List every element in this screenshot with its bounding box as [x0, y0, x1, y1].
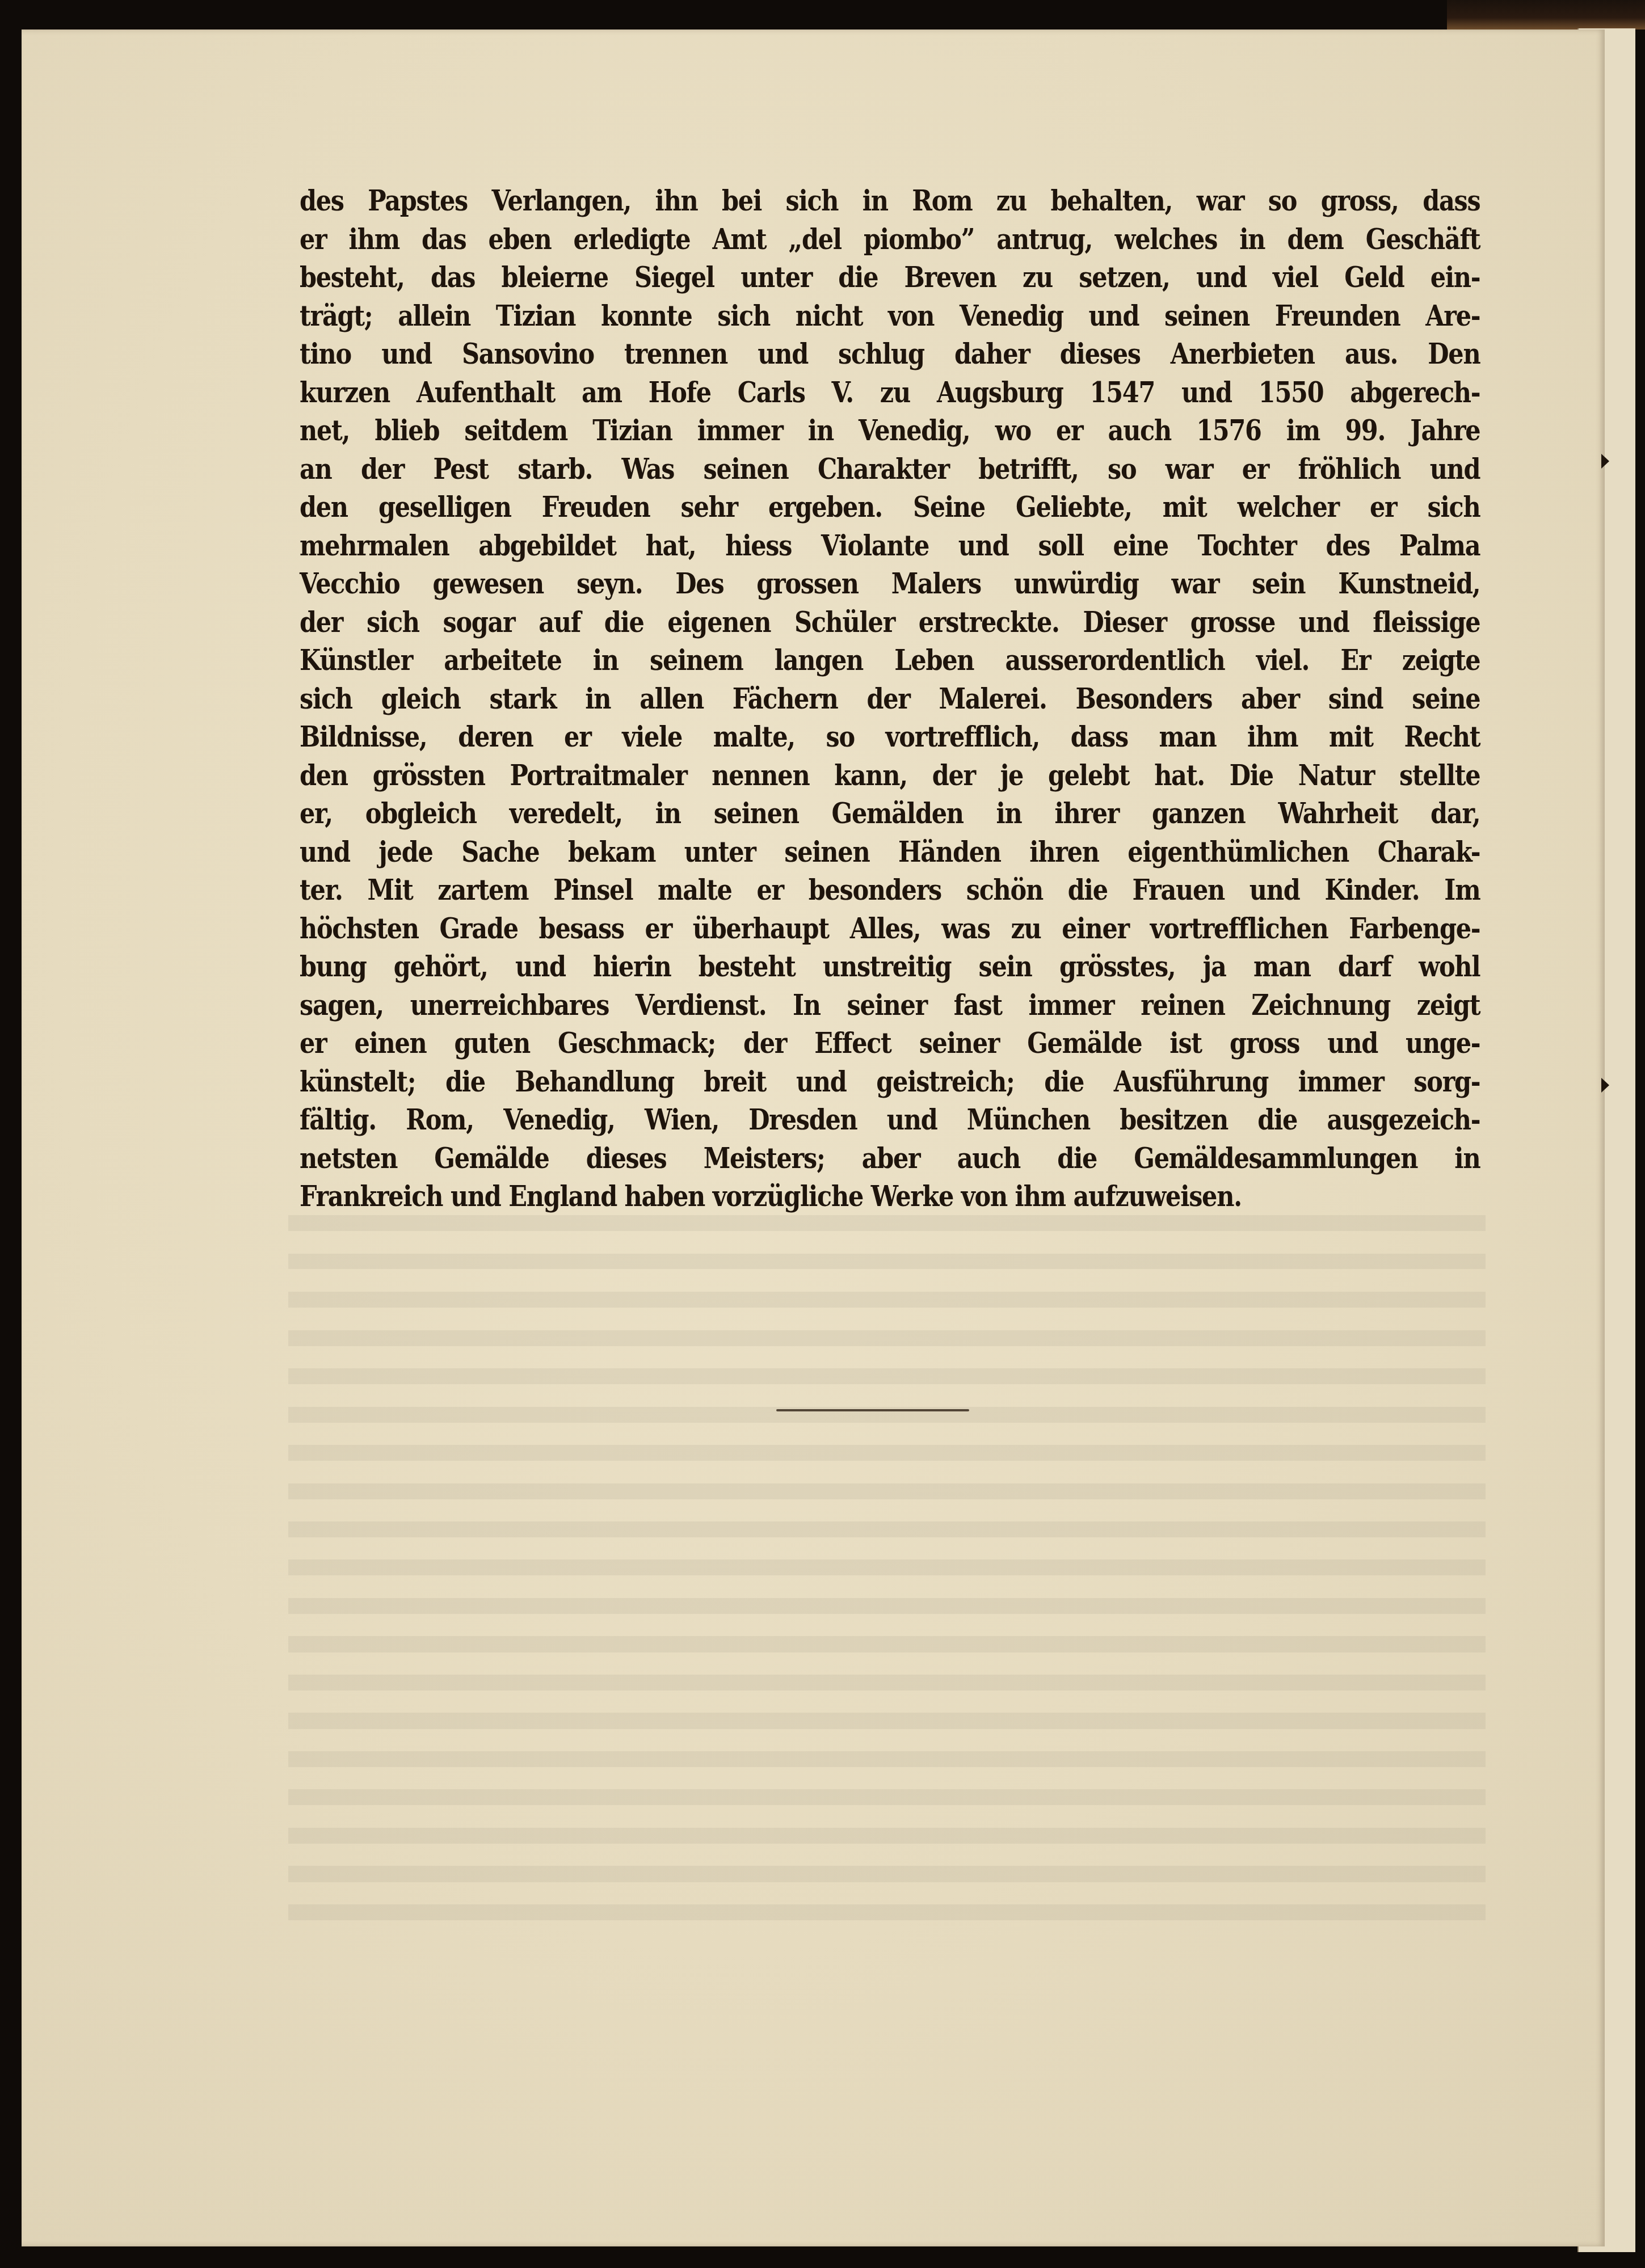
text-line: sagen, unerreichbares Verdienst. In sein…: [300, 986, 1480, 1025]
text-line: Bildnisse, deren er viele malte, so vort…: [300, 718, 1480, 756]
text-line: net, blieb seitdem Tizian immer in Vened…: [300, 411, 1480, 450]
text-line: er ihm das eben erledigte Amt „del piomb…: [300, 220, 1480, 259]
text-line: den grössten Portraitmaler nennen kann, …: [300, 756, 1480, 795]
section-separator-rule: [776, 1409, 969, 1411]
text-line: bung gehört, und hierin besteht unstreit…: [300, 947, 1480, 986]
book-binding-edge: [1447, 0, 1645, 29]
text-line: an der Pest starb. Was seinen Charakter …: [300, 450, 1480, 488]
text-line: den geselligen Freuden sehr ergeben. Sei…: [300, 488, 1480, 526]
text-line: trägt; allein Tizian konnte sich nicht v…: [300, 297, 1480, 335]
book-page: des Papstes Verlangen, ihn bei sich in R…: [22, 29, 1605, 2246]
text-line: er, obgleich veredelt, in seinen Gemälde…: [300, 794, 1480, 833]
text-line: und jede Sache bekam unter seinen Händen…: [300, 833, 1480, 871]
text-line: höchsten Grade besass er überhaupt Alles…: [300, 909, 1480, 948]
text-line: des Papstes Verlangen, ihn bei sich in R…: [300, 182, 1480, 220]
text-line: mehrmalen abgebildet hat, hiess Violante…: [300, 526, 1480, 565]
text-line: ter. Mit zartem Pinsel malte er besonder…: [300, 871, 1480, 909]
text-line: kurzen Aufenthalt am Hofe Carls V. zu Au…: [300, 373, 1480, 412]
text-line: tino und Sansovino trennen und schlug da…: [300, 335, 1480, 373]
text-line: Künstler arbeitete in seinem langen Lebe…: [300, 641, 1480, 680]
text-line: er einen guten Geschmack; der Effect sei…: [300, 1024, 1480, 1063]
text-line: fältig. Rom, Venedig, Wien, Dresden und …: [300, 1101, 1480, 1139]
text-line: der sich sogar auf die eigenen Schüler e…: [300, 603, 1480, 642]
body-text: des Papstes Verlangen, ihn bei sich in R…: [300, 182, 1480, 1216]
text-line: sich gleich stark in allen Fächern der M…: [300, 680, 1480, 718]
text-line: künstelt; die Behandlung breit und geist…: [300, 1063, 1480, 1101]
text-line: besteht, das bleierne Siegel unter die B…: [300, 258, 1480, 297]
text-line: Frankreich und England haben vorzügliche…: [300, 1177, 1480, 1216]
text-line: netsten Gemälde dieses Meisters; aber au…: [300, 1139, 1480, 1178]
bleed-through-text: [288, 1198, 1486, 1930]
text-line: Vecchio gewesen seyn. Des grossen Malers…: [300, 564, 1480, 603]
